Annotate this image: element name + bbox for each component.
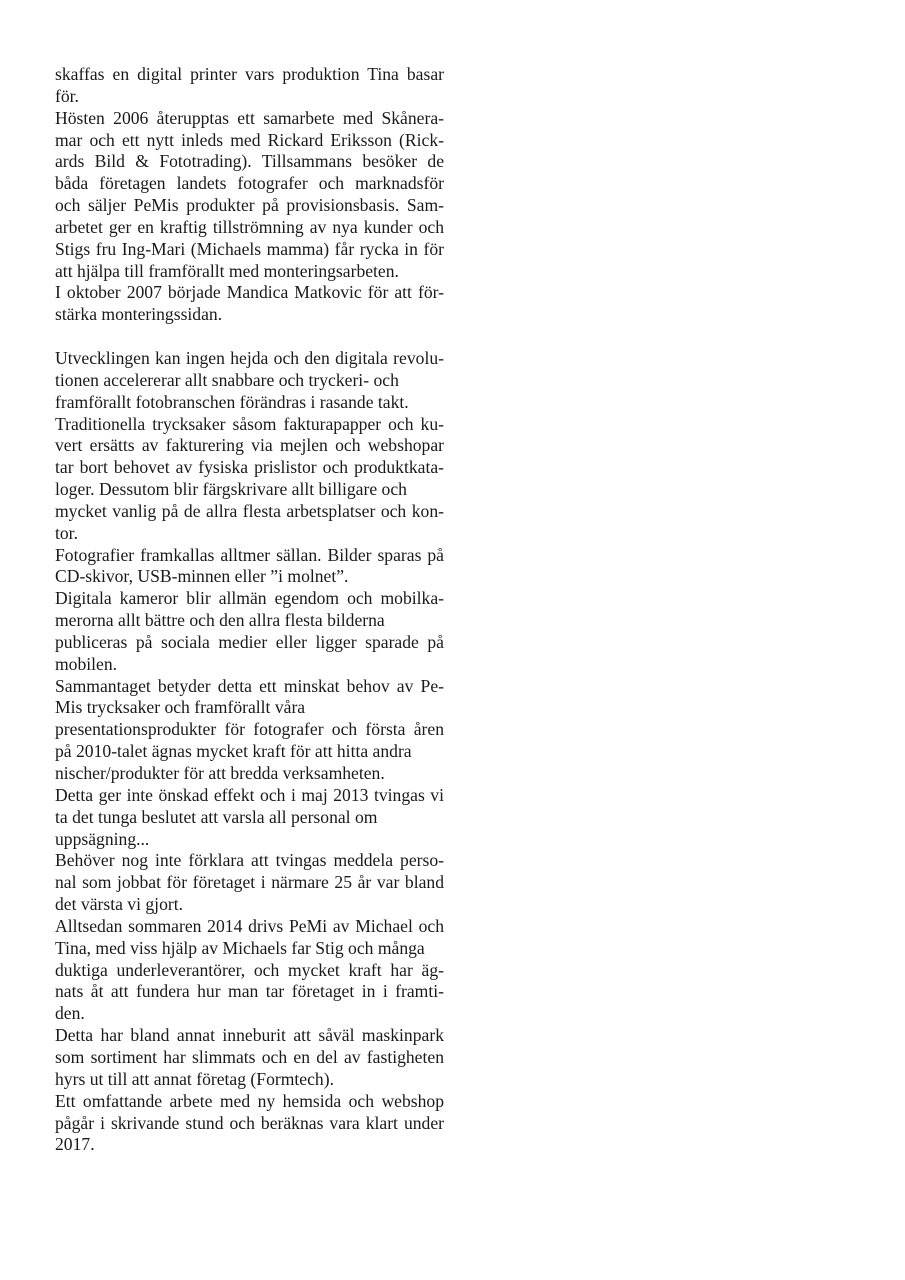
text-line: det värsta vi gjort. bbox=[55, 894, 444, 916]
text-line: Traditionella trycksaker såsom fakturapa… bbox=[55, 414, 444, 436]
text-line: Mis trycksaker och framförallt våra bbox=[55, 697, 444, 719]
text-line: publiceras på sociala medier eller ligge… bbox=[55, 632, 444, 654]
text-line: merorna allt bättre och den allra flesta… bbox=[55, 610, 444, 632]
text-line: Detta ger inte önskad effekt och i maj 2… bbox=[55, 785, 444, 807]
paragraph: Traditionella trycksaker såsom fakturapa… bbox=[55, 414, 444, 545]
text-line: som sortiment har slimmats och en del av… bbox=[55, 1047, 444, 1069]
text-line: på 2010-talet ägnas mycket kraft för att… bbox=[55, 741, 444, 763]
text-line: stärka monteringssidan. bbox=[55, 304, 444, 326]
text-line: hyrs ut till att annat företag (Formtech… bbox=[55, 1069, 444, 1091]
document-page: skaffas en digital printer vars produkti… bbox=[55, 64, 444, 1156]
text-line: pågår i skrivande stund och beräknas var… bbox=[55, 1113, 444, 1135]
text-line: Utvecklingen kan ingen hejda och den dig… bbox=[55, 348, 444, 370]
text-line: nischer/produkter för att bredda verksam… bbox=[55, 763, 444, 785]
body-text-column: skaffas en digital printer vars produkti… bbox=[55, 64, 444, 1156]
text-line: Ett omfattande arbete med ny hemsida och… bbox=[55, 1091, 444, 1113]
paragraph: Alltsedan sommaren 2014 drivs PeMi av Mi… bbox=[55, 916, 444, 1025]
paragraph: Detta ger inte önskad effekt och i maj 2… bbox=[55, 785, 444, 851]
text-line: tar bort behovet av fysiska prislistor o… bbox=[55, 457, 444, 479]
text-line: skaffas en digital printer vars produkti… bbox=[55, 64, 444, 86]
text-line: Tina, med viss hjälp av Michaels far Sti… bbox=[55, 938, 444, 960]
paragraph: Digitala kameror blir allmän egendom och… bbox=[55, 588, 444, 675]
paragraph: Behöver nog inte förklara att tvingas me… bbox=[55, 850, 444, 916]
text-line: tionen accelererar allt snabbare och try… bbox=[55, 370, 444, 392]
paragraph: Fotografier framkallas alltmer sällan. B… bbox=[55, 545, 444, 589]
paragraph: Hösten 2006 återupptas ett samarbete med… bbox=[55, 108, 444, 283]
text-line: vert ersätts av fakturering via mejlen o… bbox=[55, 435, 444, 457]
paragraph: Utvecklingen kan ingen hejda och den dig… bbox=[55, 348, 444, 414]
text-line: framförallt fotobranschen förändras i ra… bbox=[55, 392, 444, 414]
text-line: mar och ett nytt inleds med Rickard Erik… bbox=[55, 130, 444, 152]
text-line: duktiga underleverantörer, och mycket kr… bbox=[55, 960, 444, 982]
text-line: ta det tunga beslutet att varsla all per… bbox=[55, 807, 444, 829]
text-line: Stigs fru Ing-Mari (Michaels mamma) får … bbox=[55, 239, 444, 261]
text-line: för. bbox=[55, 86, 444, 108]
text-line: Alltsedan sommaren 2014 drivs PeMi av Mi… bbox=[55, 916, 444, 938]
text-line: uppsägning... bbox=[55, 829, 444, 851]
text-line: Fotografier framkallas alltmer sällan. B… bbox=[55, 545, 444, 567]
text-line: Detta har bland annat inneburit att såvä… bbox=[55, 1025, 444, 1047]
text-line: I oktober 2007 började Mandica Matkovic … bbox=[55, 282, 444, 304]
text-line: båda företagen landets fotografer och ma… bbox=[55, 173, 444, 195]
text-line: att hjälpa till framförallt med monterin… bbox=[55, 261, 444, 283]
text-line: 2017. bbox=[55, 1134, 444, 1156]
text-line: Digitala kameror blir allmän egendom och… bbox=[55, 588, 444, 610]
text-line: tor. bbox=[55, 523, 444, 545]
text-line: Hösten 2006 återupptas ett samarbete med… bbox=[55, 108, 444, 130]
text-line: och säljer PeMis produkter på provisions… bbox=[55, 195, 444, 217]
text-line: Behöver nog inte förklara att tvingas me… bbox=[55, 850, 444, 872]
paragraph: I oktober 2007 började Mandica Matkovic … bbox=[55, 282, 444, 326]
text-line: ards Bild & Fototrading). Tillsammans be… bbox=[55, 151, 444, 173]
text-line: Sammantaget betyder detta ett minskat be… bbox=[55, 676, 444, 698]
text-line: CD-skivor, USB-minnen eller ”i molnet”. bbox=[55, 566, 444, 588]
paragraph: Detta har bland annat inneburit att såvä… bbox=[55, 1025, 444, 1091]
text-line: den. bbox=[55, 1003, 444, 1025]
paragraph: skaffas en digital printer vars produkti… bbox=[55, 64, 444, 108]
paragraph-spacer bbox=[55, 326, 444, 348]
text-line: presentationsprodukter för fotografer oc… bbox=[55, 719, 444, 741]
paragraph: Ett omfattande arbete med ny hemsida och… bbox=[55, 1091, 444, 1157]
text-line: nal som jobbat för företaget i närmare 2… bbox=[55, 872, 444, 894]
paragraph: Sammantaget betyder detta ett minskat be… bbox=[55, 676, 444, 785]
text-line: mobilen. bbox=[55, 654, 444, 676]
text-line: loger. Dessutom blir färgskrivare allt b… bbox=[55, 479, 444, 501]
text-line: nats åt att fundera hur man tar företage… bbox=[55, 981, 444, 1003]
text-line: arbetet ger en kraftig tillströmning av … bbox=[55, 217, 444, 239]
text-line: mycket vanlig på de allra flesta arbetsp… bbox=[55, 501, 444, 523]
